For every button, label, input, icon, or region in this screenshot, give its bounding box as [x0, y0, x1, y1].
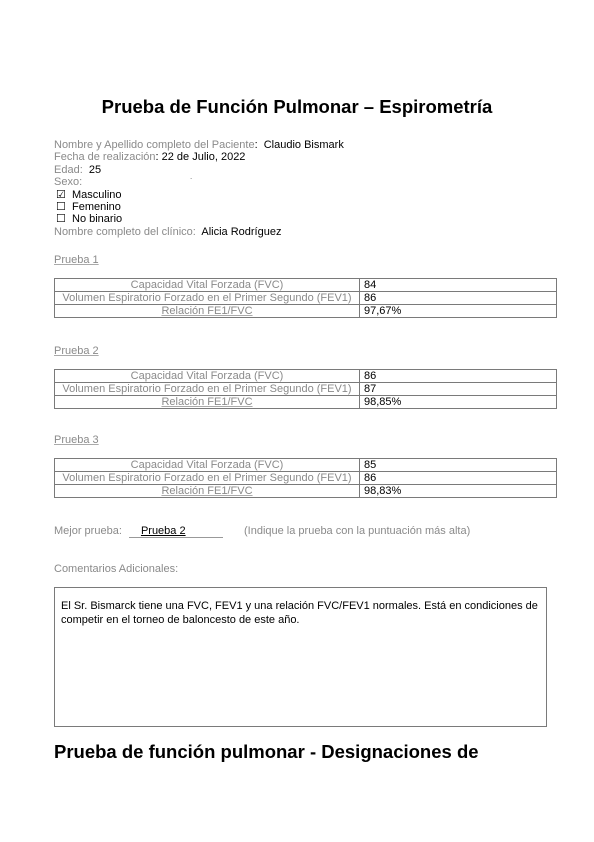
- comments-textarea[interactable]: El Sr. Bismarck tiene una FVC, FEV1 y un…: [54, 587, 547, 727]
- sex-option-no-binario[interactable]: ☐No binario: [54, 213, 344, 225]
- table-row: Relación FE1/FVC 98,83%: [55, 485, 557, 498]
- ratio-value[interactable]: 98,83%: [360, 485, 557, 498]
- fvc-label: Capacidad Vital Forzada (FVC): [55, 370, 360, 383]
- test-2-table: Capacidad Vital Forzada (FVC) 86 Volumen…: [54, 369, 557, 409]
- table-row: Capacidad Vital Forzada (FVC) 86: [55, 370, 557, 383]
- ratio-label: Relación FE1/FVC: [55, 396, 360, 409]
- age-value[interactable]: 25: [89, 164, 101, 176]
- fev1-value[interactable]: 87: [360, 383, 557, 396]
- age-row: Edad: 25: [54, 164, 344, 176]
- sex-option-masculino[interactable]: ☑Masculino: [54, 189, 344, 201]
- checked-box-icon[interactable]: ☑: [56, 189, 68, 201]
- patient-name-label: Nombre y Apellido completo del Paciente: [54, 139, 255, 151]
- best-test-row: Mejor prueba: Prueba 2 (Indique la prueb…: [54, 525, 470, 538]
- table-row: Volumen Espiratorio Forzado en el Primer…: [55, 292, 557, 305]
- table-row: Capacidad Vital Forzada (FVC) 85: [55, 459, 557, 472]
- date-row: Fecha de realización: 22 de Julio, 2022: [54, 151, 344, 163]
- test-1-label: Prueba 1: [54, 254, 99, 266]
- fvc-label: Capacidad Vital Forzada (FVC): [55, 279, 360, 292]
- comments-label: Comentarios Adicionales:: [54, 563, 178, 575]
- next-section-title: Prueba de función pulmonar - Designacion…: [54, 741, 479, 763]
- ratio-value[interactable]: 97,67%: [360, 305, 557, 318]
- best-test-label: Mejor prueba:: [54, 525, 122, 537]
- fev1-label: Volumen Espiratorio Forzado en el Primer…: [55, 472, 360, 485]
- clinician-label: Nombre completo del clínico:: [54, 226, 196, 238]
- sex-option-label: No binario: [72, 213, 122, 225]
- sex-label: Sexo:: [54, 176, 82, 188]
- table-row: Volumen Espiratorio Forzado en el Primer…: [55, 383, 557, 396]
- best-test-hint: (Indique la prueba con la puntuación más…: [244, 525, 470, 537]
- fvc-value[interactable]: 85: [360, 459, 557, 472]
- stray-dot: .: [190, 172, 192, 181]
- date-label: Fecha de realización: [54, 151, 156, 163]
- patient-name-row: Nombre y Apellido completo del Paciente:…: [54, 139, 344, 151]
- test-3-table: Capacidad Vital Forzada (FVC) 85 Volumen…: [54, 458, 557, 498]
- sex-option-label: Femenino: [72, 201, 121, 213]
- date-value[interactable]: 22 de Julio, 2022: [162, 151, 246, 163]
- ratio-label: Relación FE1/FVC: [55, 485, 360, 498]
- age-label: Edad:: [54, 164, 83, 176]
- sex-row: Sexo:: [54, 176, 344, 188]
- fev1-label: Volumen Espiratorio Forzado en el Primer…: [55, 383, 360, 396]
- clinician-value[interactable]: Alicia Rodríguez: [201, 226, 281, 238]
- clinician-row: Nombre completo del clínico: Alicia Rodr…: [54, 226, 344, 238]
- table-row: Relación FE1/FVC 98,85%: [55, 396, 557, 409]
- empty-box-icon[interactable]: ☐: [56, 201, 68, 213]
- fev1-label: Volumen Espiratorio Forzado en el Primer…: [55, 292, 360, 305]
- ratio-value[interactable]: 98,85%: [360, 396, 557, 409]
- sex-option-label: Masculino: [72, 189, 122, 201]
- sex-option-femenino[interactable]: ☐Femenino: [54, 201, 344, 213]
- ratio-label: Relación FE1/FVC: [55, 305, 360, 318]
- best-test-field[interactable]: Prueba 2: [129, 525, 223, 538]
- document-title: Prueba de Función Pulmonar – Espirometrí…: [0, 96, 594, 118]
- fev1-value[interactable]: 86: [360, 292, 557, 305]
- patient-info: Nombre y Apellido completo del Paciente:…: [54, 139, 344, 238]
- fvc-value[interactable]: 86: [360, 370, 557, 383]
- table-row: Volumen Espiratorio Forzado en el Primer…: [55, 472, 557, 485]
- empty-box-icon[interactable]: ☐: [56, 213, 68, 225]
- table-row: Capacidad Vital Forzada (FVC) 84: [55, 279, 557, 292]
- patient-name-value[interactable]: Claudio Bismark: [264, 139, 344, 151]
- test-2-label: Prueba 2: [54, 345, 99, 357]
- fvc-label: Capacidad Vital Forzada (FVC): [55, 459, 360, 472]
- test-3-label: Prueba 3: [54, 434, 99, 446]
- fev1-value[interactable]: 86: [360, 472, 557, 485]
- table-row: Relación FE1/FVC 97,67%: [55, 305, 557, 318]
- fvc-value[interactable]: 84: [360, 279, 557, 292]
- test-1-table: Capacidad Vital Forzada (FVC) 84 Volumen…: [54, 278, 557, 318]
